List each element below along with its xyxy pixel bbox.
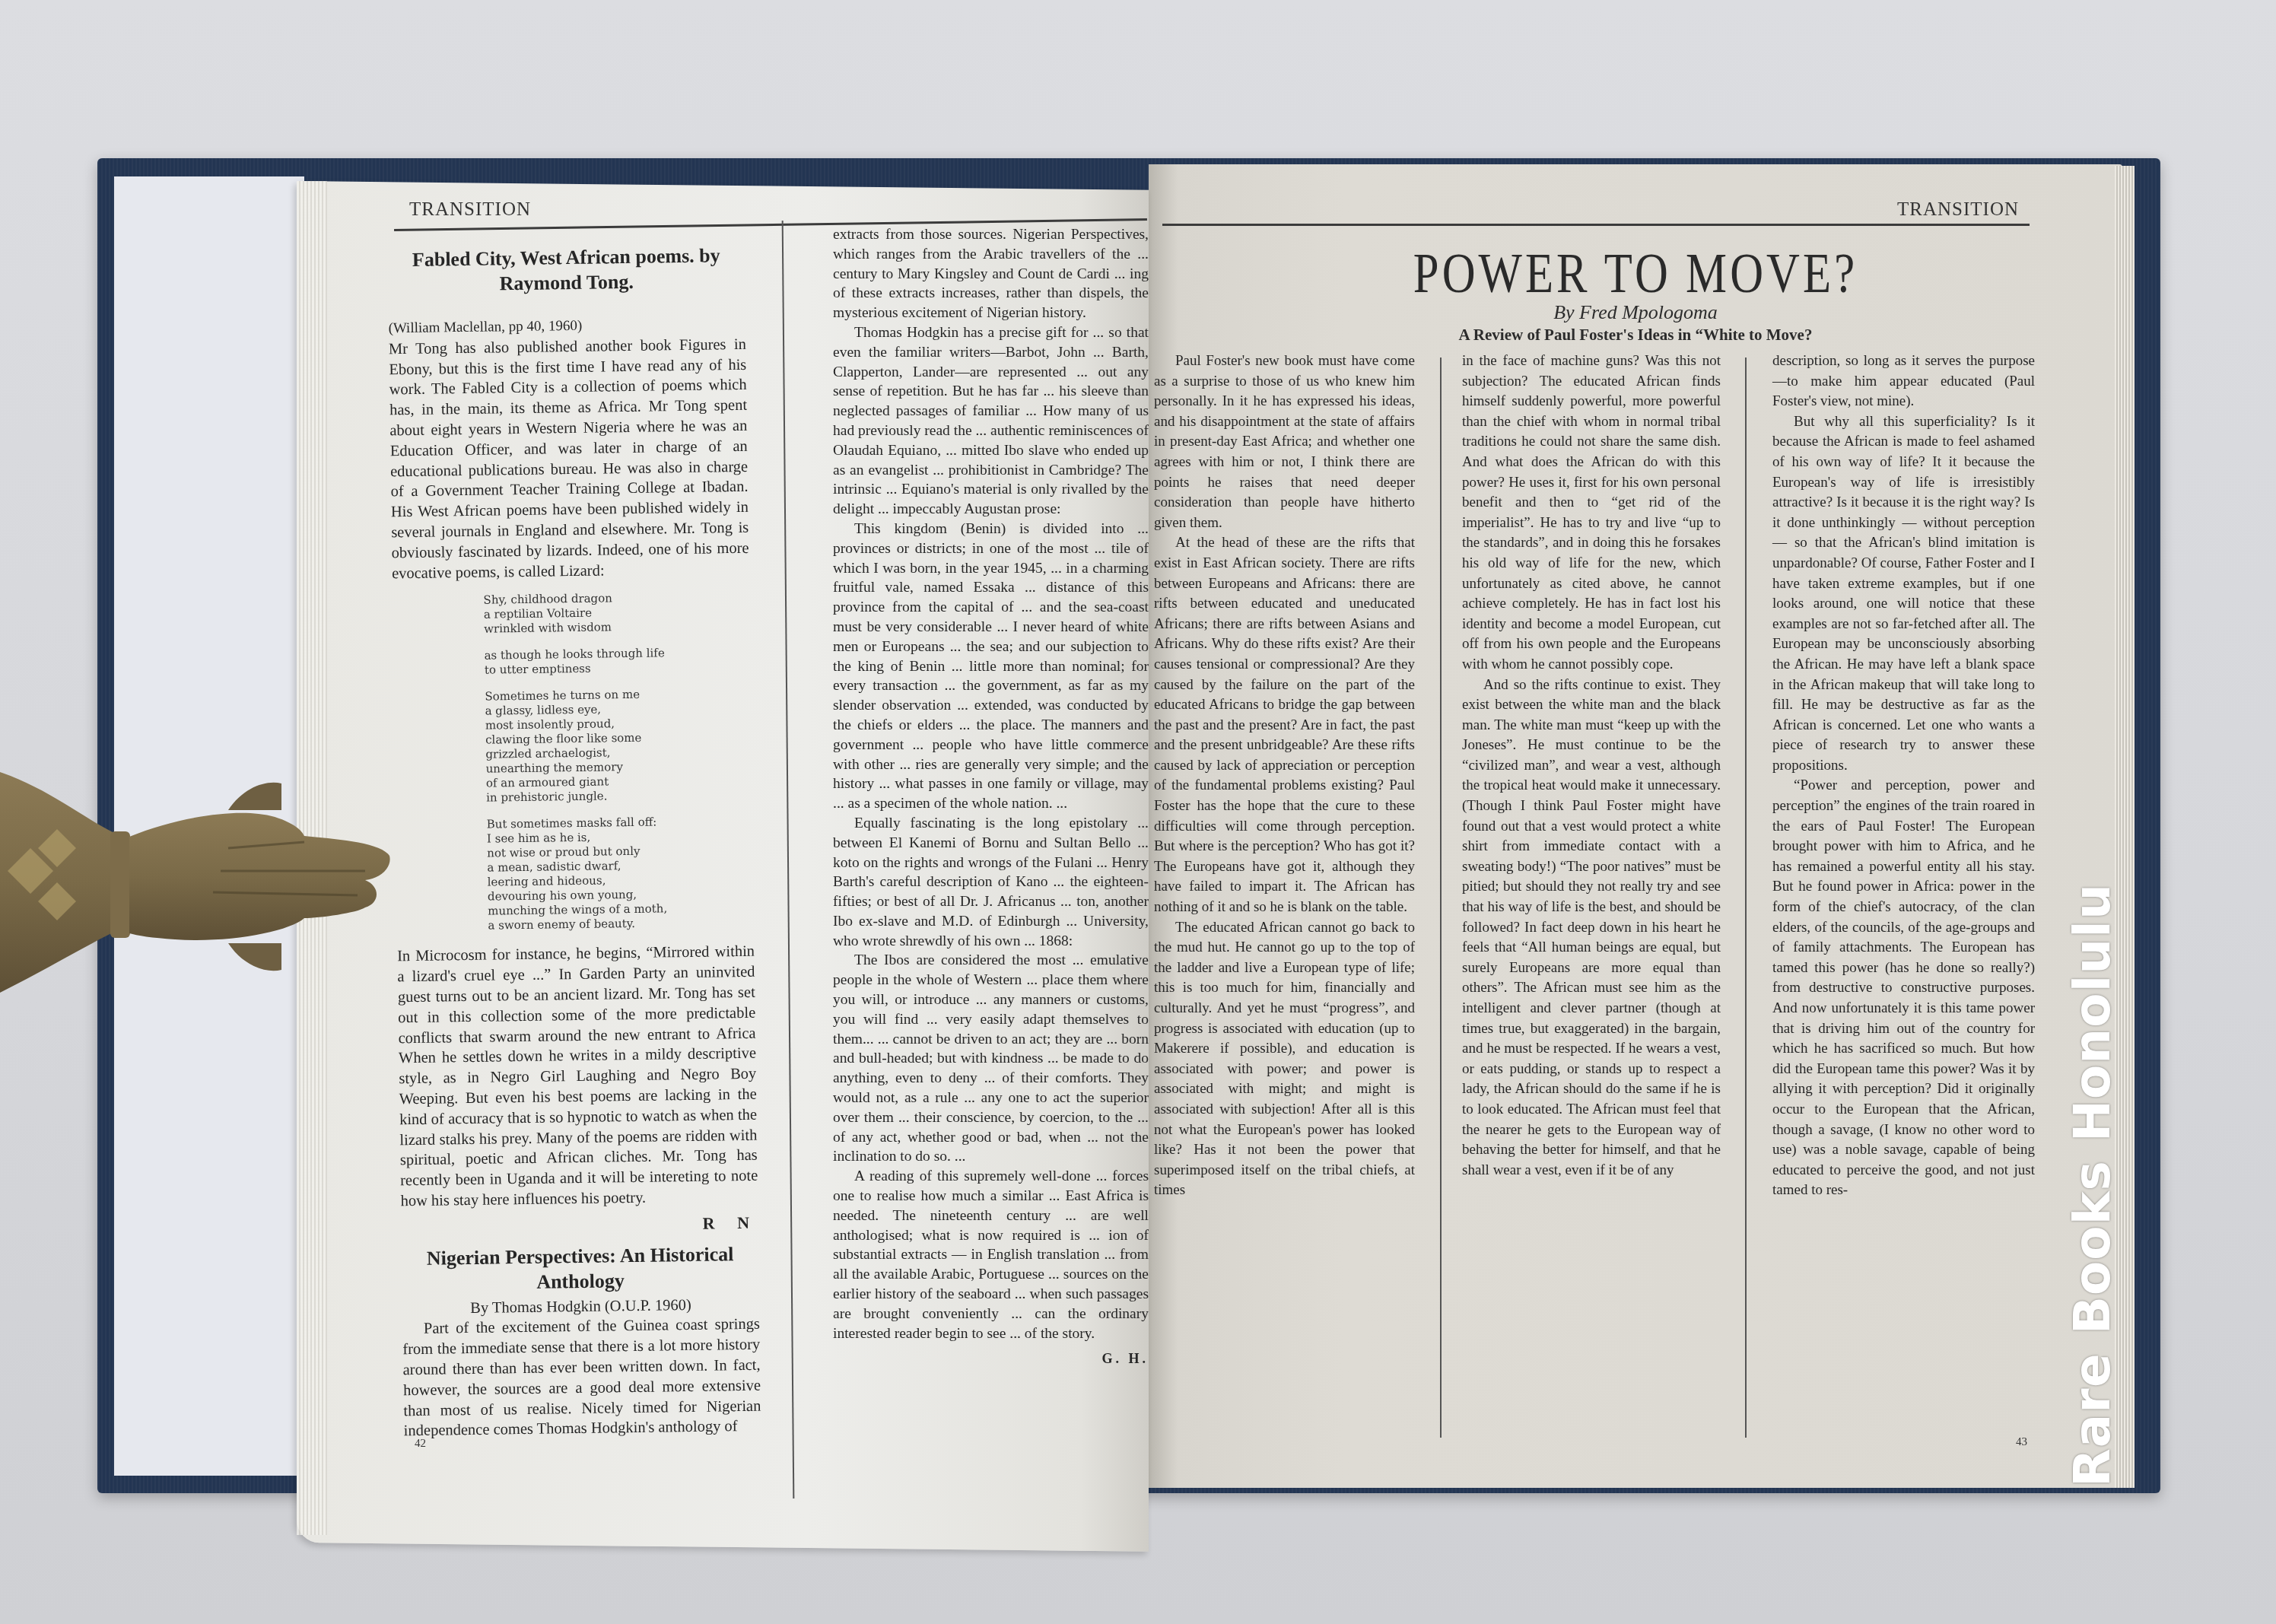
article-paragraph: The educated African cannot go back to t… (1154, 918, 1415, 1201)
review1-paragraph-1: Mr Tong has also published another book … (389, 335, 749, 584)
column-rule-1 (1440, 358, 1442, 1438)
review2-paragraph-3: Thomas Hodgkin has a precise gift for ..… (833, 323, 1149, 520)
article-subtitle: A Review of Paul Foster's Ideas in “Whit… (1293, 326, 1978, 345)
article-title: POWER TO MOVE? (1355, 242, 1916, 307)
article-paragraph: description, so long as it serves the pu… (1772, 351, 2035, 412)
review2-paragraph-4: Equally fascinating is the long epistola… (833, 814, 1149, 952)
left-column-1: Fabled City, West African poems. by Raym… (387, 243, 761, 1442)
equiano-quote: This kingdom (Benin) is divided into ...… (833, 520, 1149, 814)
poem-stanza: Sometimes he turns on me a glassy, lidle… (485, 686, 752, 806)
running-head-right: TRANSITION (1897, 199, 2019, 221)
column-rule-2 (1745, 358, 1747, 1438)
article-paragraph: At the head of these are the rifts that … (1154, 533, 1415, 917)
article-byline: By Fred Mpologoma (1293, 301, 1978, 324)
article-paragraph: But why all this superficiality? Is it b… (1772, 412, 2035, 777)
poem-stanza: But sometimes masks fall off: I see him … (487, 814, 755, 933)
header-rule-right (1162, 224, 2030, 226)
running-head-left: TRANSITION (409, 199, 531, 221)
brass-hand-page-holder-icon (0, 757, 396, 1000)
article-column-2: in the face of machine guns? Was this no… (1462, 351, 1721, 1181)
article-paragraph: And so the rifts continue to exist. They… (1462, 675, 1721, 1181)
poem-stanza: as though he looks through life to utter… (484, 645, 750, 678)
article-paragraph: Paul Foster's new book must have come as… (1154, 351, 1415, 533)
left-column-2: extracts from those sources. Nigerian Pe… (833, 225, 1149, 1488)
poem-line: to utter emptiness (485, 659, 751, 678)
article-paragraph: “Power and perception, power and percept… (1772, 776, 2035, 1200)
author-initials-rn: R N (401, 1212, 758, 1238)
page-number-left: 42 (415, 1438, 426, 1451)
poem-line: in prehistoric jungle. (486, 787, 752, 806)
review2-paragraph-5: A reading of this supremely well-done ..… (833, 1167, 1149, 1343)
article-column-3: description, so long as it serves the pu… (1772, 351, 2035, 1201)
page-number-right: 43 (2016, 1436, 2027, 1449)
article-column-1: Paul Foster's new book must have come as… (1154, 351, 1415, 1201)
review-title-nigerian-perspectives: Nigerian Perspectives: An Historical Ant… (401, 1241, 759, 1296)
poem-line: a sworn enemy of beauty. (488, 915, 754, 933)
author-initials-gh: G. H. (833, 1349, 1149, 1369)
review-title-fabled-city: Fabled City, West African poems. by Raym… (387, 243, 745, 298)
poem-lizard: Shy, childhood dragon a reptilian Voltai… (483, 590, 754, 933)
review2-paragraph-1: Part of the excitement of the Guinea coa… (402, 1314, 761, 1441)
watermark: Rare Books Honolulu (2063, 883, 2122, 1487)
review1-paragraph-2: In Microcosm for instance, he begins, “M… (397, 942, 758, 1212)
horton-quote: The Ibos are considered the most ... emu… (833, 951, 1149, 1167)
review2-paragraph-2: extracts from those sources. Nigerian Pe… (833, 225, 1149, 323)
article-paragraph: in the face of machine guns? Was this no… (1462, 351, 1721, 675)
poem-line: wrinkled with wisdom (484, 618, 750, 637)
poem-stanza: Shy, childhood dragon a reptilian Voltai… (483, 590, 750, 637)
